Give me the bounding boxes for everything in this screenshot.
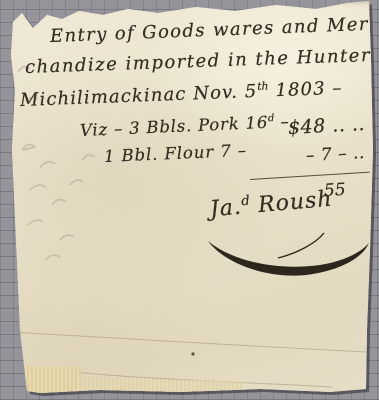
amount-pork: $48 .. .. [287, 113, 365, 139]
item-line-flour: 1 Bbl. Flour 7 – [104, 141, 248, 166]
signature-flourish [204, 231, 372, 279]
year-text: 1803 – [268, 78, 343, 102]
manuscript-paper: Entry of Goods wares and Mer – chandize … [0, 0, 379, 400]
ink-speck [191, 352, 194, 355]
item-line-pork: Viz – 3 Bbls. Pork 16d – [80, 112, 290, 140]
bottom-edge-texture [21, 366, 81, 394]
amount-flour: – 7 – .. [305, 143, 365, 166]
heading-line-3: Michilimackinac Nov. 5th 1803 – [20, 77, 343, 111]
heading-line-1: Entry of Goods wares and Mer – [50, 13, 379, 47]
ordinal-superscript: th [257, 79, 269, 92]
heading-line-2: chandize imported in the Hunter [25, 45, 372, 78]
signature-surname: Roush [249, 187, 333, 219]
sum-rule [250, 172, 370, 180]
signature-initials: Ja. [209, 195, 243, 223]
date-text: Michilimackinac Nov. 5 [20, 81, 258, 111]
signature: Ja.d Roush [209, 186, 334, 222]
item-pork-text: Viz – 3 Bbls. Pork 16 [80, 113, 269, 140]
photo-backdrop: Entry of Goods wares and Mer – chandize … [0, 0, 379, 400]
